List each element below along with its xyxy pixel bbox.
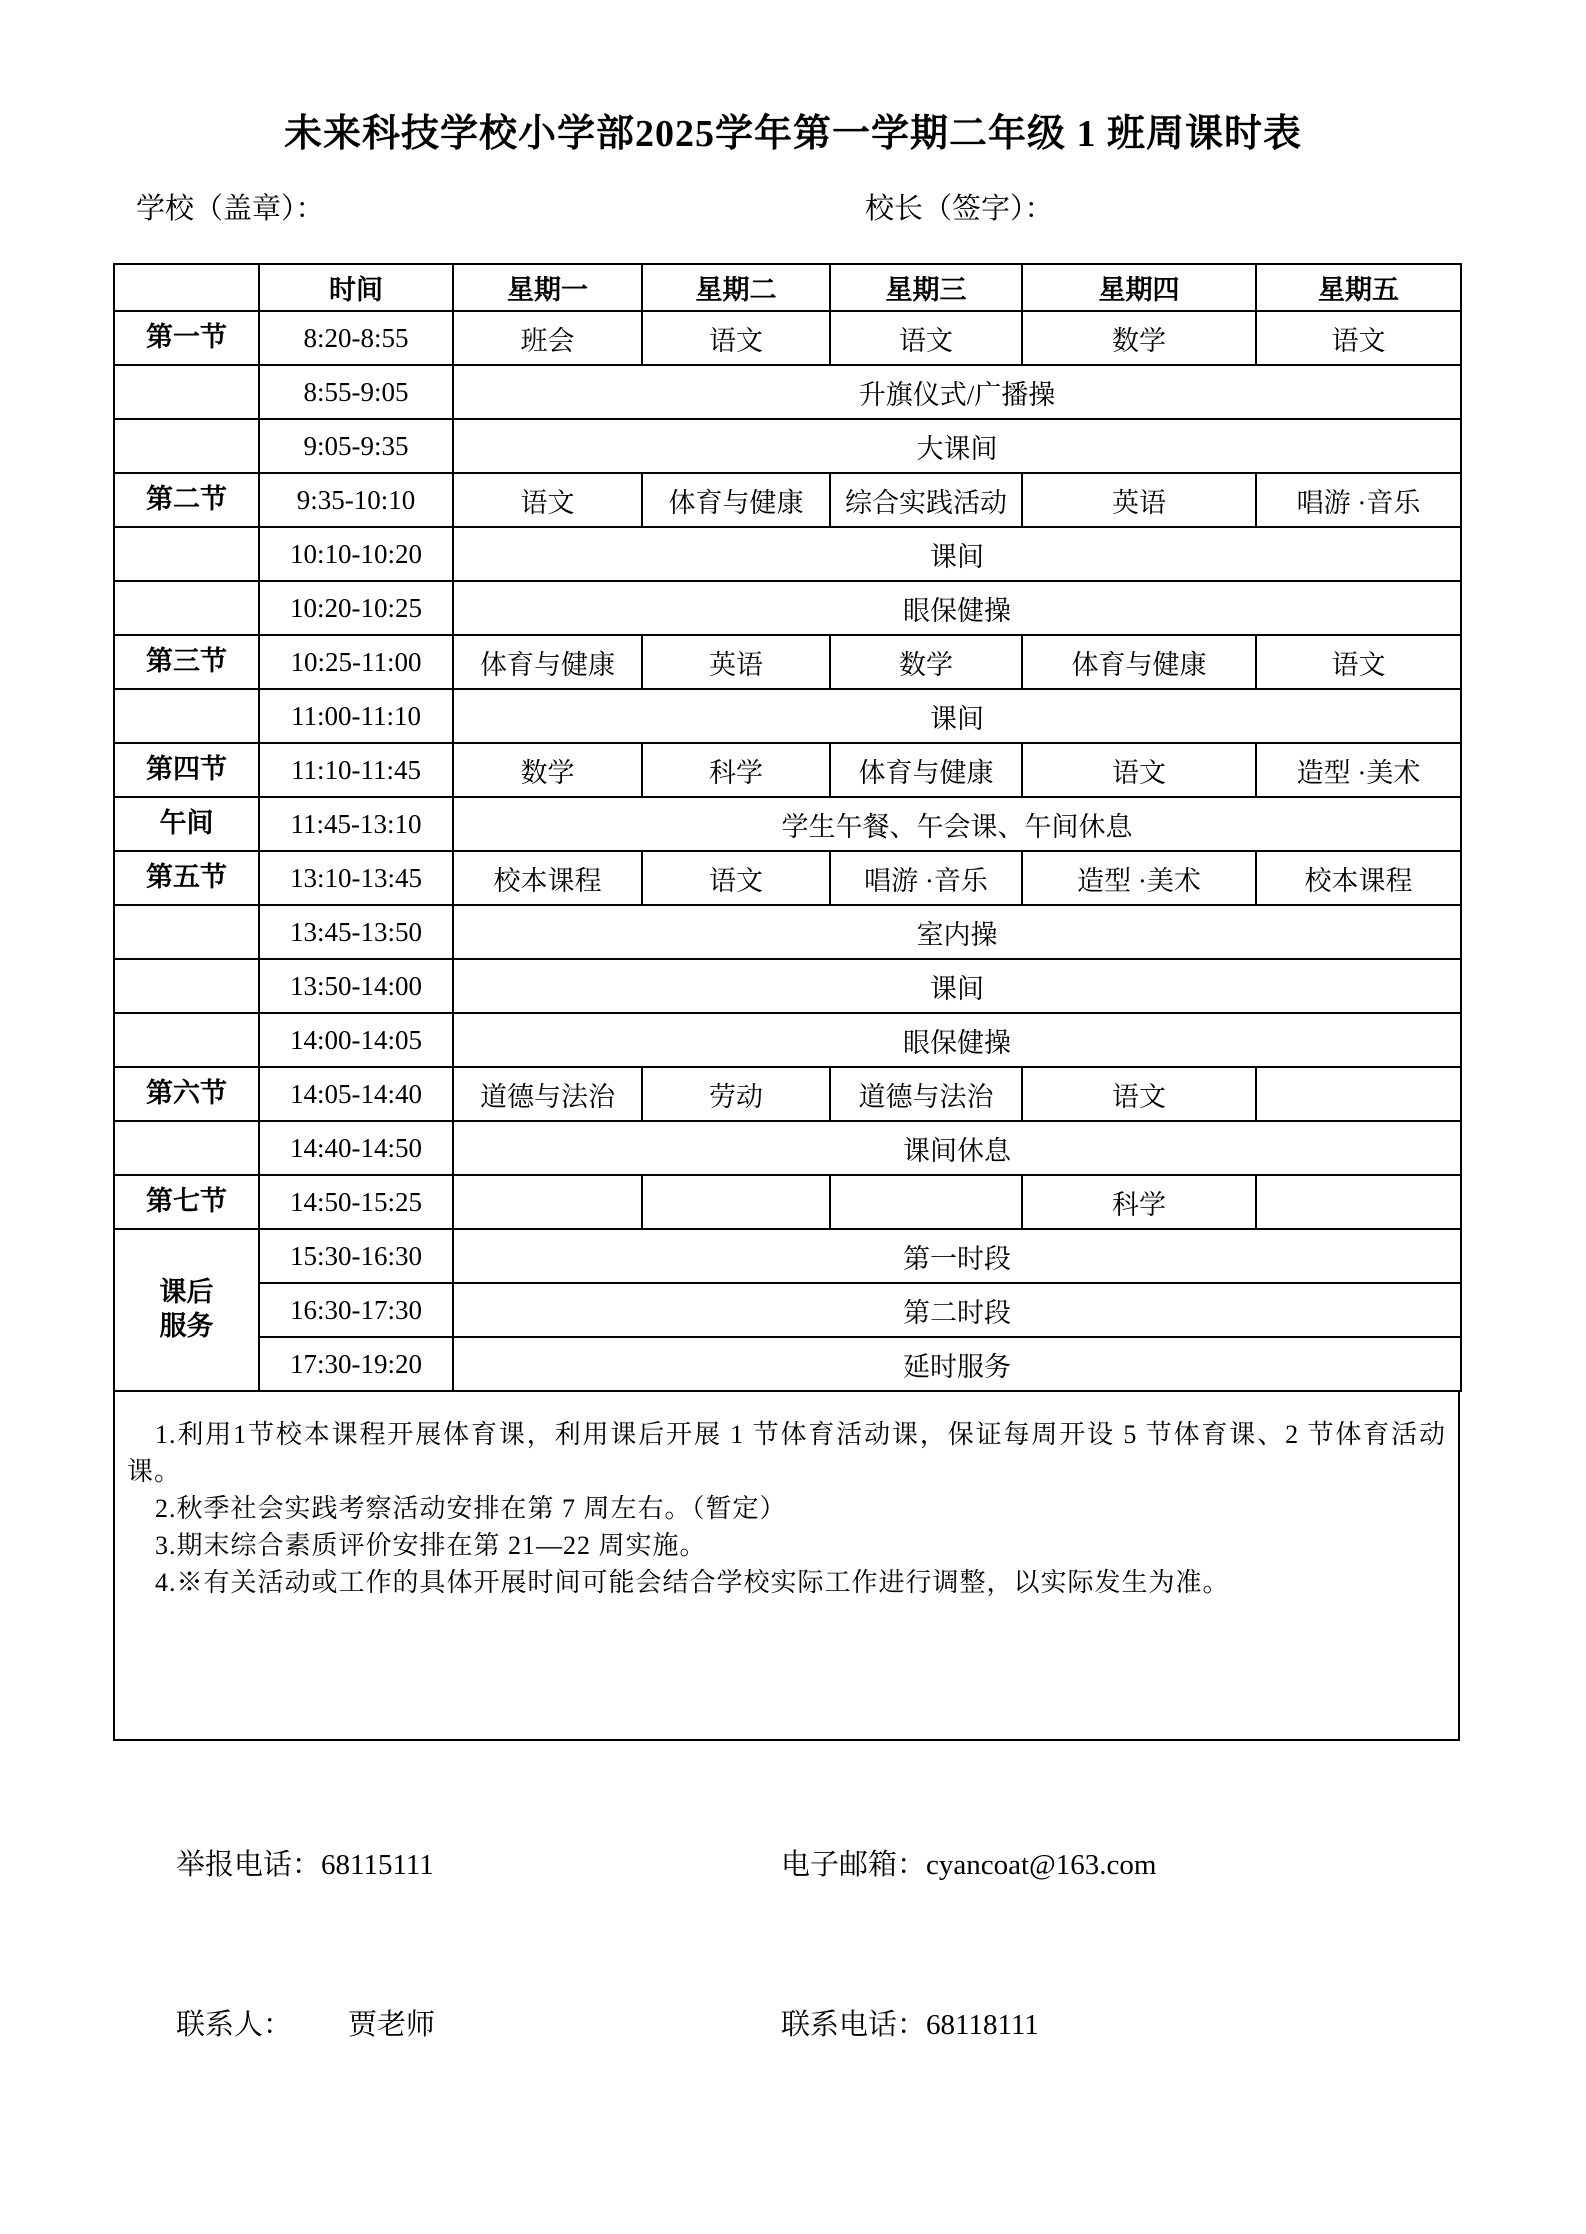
subject-cell (642, 1175, 830, 1229)
timetable-row: 14:00-14:05眼保健操 (114, 1013, 1461, 1067)
merged-activity-cell: 升旗仪式/广播操 (453, 365, 1461, 419)
subject-cell: 劳动 (642, 1067, 830, 1121)
period-cell: 第六节 (114, 1067, 259, 1121)
period-cell (114, 1013, 259, 1067)
subject-cell (1256, 1175, 1461, 1229)
subject-cell: 语文 (1022, 743, 1256, 797)
merged-activity-cell: 眼保健操 (453, 581, 1461, 635)
subject-cell: 英语 (1022, 473, 1256, 527)
period-cell: 第五节 (114, 851, 259, 905)
timetable-row: 第四节11:10-11:45数学科学体育与健康语文造型 ·美术 (114, 743, 1461, 797)
subject-cell: 语文 (642, 851, 830, 905)
time-cell: 16:30-17:30 (259, 1283, 453, 1337)
period-cell (114, 905, 259, 959)
merged-activity-cell: 课间 (453, 689, 1461, 743)
merged-activity-cell: 第二时段 (453, 1283, 1461, 1337)
timetable: 时间星期一星期二星期三星期四星期五 第一节8:20-8:55班会语文语文数学语文… (113, 263, 1462, 1392)
timetable-row: 第一节8:20-8:55班会语文语文数学语文 (114, 311, 1461, 365)
timetable-row: 午间11:45-13:10学生午餐、午会课、午间休息 (114, 797, 1461, 851)
subject-cell: 语文 (642, 311, 830, 365)
subject-cell: 造型 ·美术 (1022, 851, 1256, 905)
merged-activity-cell: 课间 (453, 959, 1461, 1013)
subject-cell: 体育与健康 (830, 743, 1022, 797)
report-phone-label: 举报电话： (176, 1849, 321, 1881)
time-cell: 13:50-14:00 (259, 959, 453, 1013)
time-cell: 10:20-10:25 (259, 581, 453, 635)
time-cell: 11:10-11:45 (259, 743, 453, 797)
note-item: 1.利用1节校本课程开展体育课，利用课后开展 1 节体育活动课，保证每周开设 5… (127, 1416, 1446, 1490)
contact-phone-value: 68118111 (926, 2009, 1039, 2041)
time-cell: 14:50-15:25 (259, 1175, 453, 1229)
time-cell: 10:10-10:20 (259, 527, 453, 581)
report-phone: 举报电话：68115111 (176, 1842, 434, 1883)
note-item: 4.※有关活动或工作的具体开展时间可能会结合学校实际工作进行调整，以实际发生为准… (127, 1564, 1446, 1601)
email-value: cyancoat@163.com (926, 1849, 1156, 1881)
period-cell (114, 959, 259, 1013)
merged-activity-cell: 室内操 (453, 905, 1461, 959)
merged-activity-cell: 大课间 (453, 419, 1461, 473)
subject-cell: 语文 (1022, 1067, 1256, 1121)
principal-sign-label: 校长（签字）： (865, 186, 1054, 227)
note-item: 3.期末综合素质评价安排在第 21—22 周实施。 (127, 1527, 1446, 1564)
timetable-row: 9:05-9:35大课间 (114, 419, 1461, 473)
subject-cell (830, 1175, 1022, 1229)
day-header-cell: 时间 (259, 264, 453, 311)
day-header-cell: 星期五 (1256, 264, 1461, 311)
day-header-cell: 星期三 (830, 264, 1022, 311)
subject-cell: 校本课程 (1256, 851, 1461, 905)
subject-cell: 班会 (453, 311, 642, 365)
timetable-row: 13:45-13:50室内操 (114, 905, 1461, 959)
timetable-row: 10:10-10:20课间 (114, 527, 1461, 581)
timetable-row: 10:20-10:25眼保健操 (114, 581, 1461, 635)
time-cell: 14:00-14:05 (259, 1013, 453, 1067)
timetable-row: 第二节9:35-10:10语文体育与健康综合实践活动英语唱游 ·音乐 (114, 473, 1461, 527)
timetable-row: 第六节14:05-14:40道德与法治劳动道德与法治语文 (114, 1067, 1461, 1121)
timetable-section: 时间星期一星期二星期三星期四星期五 第一节8:20-8:55班会语文语文数学语文… (113, 263, 1460, 1741)
notes-box: 1.利用1节校本课程开展体育课，利用课后开展 1 节体育活动课，保证每周开设 5… (113, 1390, 1460, 1741)
period-cell: 第一节 (114, 311, 259, 365)
timetable-row: 第三节10:25-11:00体育与健康英语数学体育与健康语文 (114, 635, 1461, 689)
period-cell (114, 1121, 259, 1175)
timetable-body: 第一节8:20-8:55班会语文语文数学语文8:55-9:05升旗仪式/广播操9… (114, 311, 1461, 1391)
contact-phone-label: 联系电话： (781, 2009, 926, 2041)
report-phone-value: 68115111 (321, 1849, 434, 1881)
subject-cell (1256, 1067, 1461, 1121)
contact-name-value: 贾老师 (348, 2009, 435, 2041)
timetable-row: 8:55-9:05升旗仪式/广播操 (114, 365, 1461, 419)
time-cell: 14:05-14:40 (259, 1067, 453, 1121)
timetable-row: 11:00-11:10课间 (114, 689, 1461, 743)
day-header-cell: 星期一 (453, 264, 642, 311)
subject-cell: 语文 (453, 473, 642, 527)
period-cell (114, 689, 259, 743)
subject-cell: 校本课程 (453, 851, 642, 905)
merged-activity-cell: 课间休息 (453, 1121, 1461, 1175)
subject-cell: 科学 (642, 743, 830, 797)
merged-activity-cell: 眼保健操 (453, 1013, 1461, 1067)
subject-cell: 英语 (642, 635, 830, 689)
subject-cell: 唱游 ·音乐 (830, 851, 1022, 905)
email-label: 电子邮箱： (781, 1849, 926, 1881)
period-cell: 课后 服务 (114, 1229, 259, 1391)
time-cell: 10:25-11:00 (259, 635, 453, 689)
subheader: 学校（盖章）： 校长（签字）： (113, 186, 1460, 226)
period-cell: 第二节 (114, 473, 259, 527)
period-cell (114, 365, 259, 419)
subject-cell: 语文 (830, 311, 1022, 365)
period-cell: 第四节 (114, 743, 259, 797)
time-cell: 17:30-19:20 (259, 1337, 453, 1391)
merged-activity-cell: 延时服务 (453, 1337, 1461, 1391)
school-seal-label: 学校（盖章）： (136, 186, 325, 227)
timetable-row: 13:50-14:00课间 (114, 959, 1461, 1013)
subject-cell: 数学 (1022, 311, 1256, 365)
subject-cell: 造型 ·美术 (1256, 743, 1461, 797)
merged-activity-cell: 第一时段 (453, 1229, 1461, 1283)
contact-person: 联系人：贾老师 (176, 2002, 435, 2043)
time-cell: 13:10-13:45 (259, 851, 453, 905)
page-title: 未来科技学校小学部2025学年第一学期二年级 1 班周课时表 (0, 102, 1586, 157)
contact-phone: 联系电话：68118111 (781, 2002, 1039, 2043)
time-cell: 11:00-11:10 (259, 689, 453, 743)
time-cell: 9:35-10:10 (259, 473, 453, 527)
period-cell: 第三节 (114, 635, 259, 689)
period-cell: 午间 (114, 797, 259, 851)
period-cell: 第七节 (114, 1175, 259, 1229)
time-cell: 14:40-14:50 (259, 1121, 453, 1175)
timetable-row: 17:30-19:20延时服务 (114, 1337, 1461, 1391)
time-cell: 15:30-16:30 (259, 1229, 453, 1283)
subject-cell: 道德与法治 (830, 1067, 1022, 1121)
document-page: 未来科技学校小学部2025学年第一学期二年级 1 班周课时表 学校（盖章）： 校… (0, 0, 1586, 2234)
note-item: 2.秋季社会实践考察活动安排在第 7 周左右。（暂定） (127, 1490, 1446, 1527)
contact-label: 联系人： (176, 2009, 292, 2041)
timetable-row: 16:30-17:30第二时段 (114, 1283, 1461, 1337)
corner-cell (114, 264, 259, 311)
subject-cell: 唱游 ·音乐 (1256, 473, 1461, 527)
period-cell (114, 419, 259, 473)
subject-cell: 科学 (1022, 1175, 1256, 1229)
subject-cell: 数学 (830, 635, 1022, 689)
email: 电子邮箱：cyancoat@163.com (781, 1842, 1156, 1883)
subject-cell: 道德与法治 (453, 1067, 642, 1121)
subject-cell: 体育与健康 (642, 473, 830, 527)
timetable-row: 第七节14:50-15:25科学 (114, 1175, 1461, 1229)
period-cell (114, 581, 259, 635)
time-cell: 9:05-9:35 (259, 419, 453, 473)
timetable-header: 时间星期一星期二星期三星期四星期五 (114, 264, 1461, 311)
timetable-header-row: 时间星期一星期二星期三星期四星期五 (114, 264, 1461, 311)
timetable-row: 第五节13:10-13:45校本课程语文唱游 ·音乐造型 ·美术校本课程 (114, 851, 1461, 905)
subject-cell: 体育与健康 (453, 635, 642, 689)
day-header-cell: 星期二 (642, 264, 830, 311)
subject-cell (453, 1175, 642, 1229)
period-cell (114, 527, 259, 581)
merged-activity-cell: 学生午餐、午会课、午间休息 (453, 797, 1461, 851)
timetable-row: 14:40-14:50课间休息 (114, 1121, 1461, 1175)
time-cell: 13:45-13:50 (259, 905, 453, 959)
subject-cell: 综合实践活动 (830, 473, 1022, 527)
timetable-row: 课后 服务15:30-16:30第一时段 (114, 1229, 1461, 1283)
subject-cell: 语文 (1256, 311, 1461, 365)
subject-cell: 语文 (1256, 635, 1461, 689)
subject-cell: 数学 (453, 743, 642, 797)
time-cell: 11:45-13:10 (259, 797, 453, 851)
time-cell: 8:55-9:05 (259, 365, 453, 419)
merged-activity-cell: 课间 (453, 527, 1461, 581)
subject-cell: 体育与健康 (1022, 635, 1256, 689)
day-header-cell: 星期四 (1022, 264, 1256, 311)
time-cell: 8:20-8:55 (259, 311, 453, 365)
